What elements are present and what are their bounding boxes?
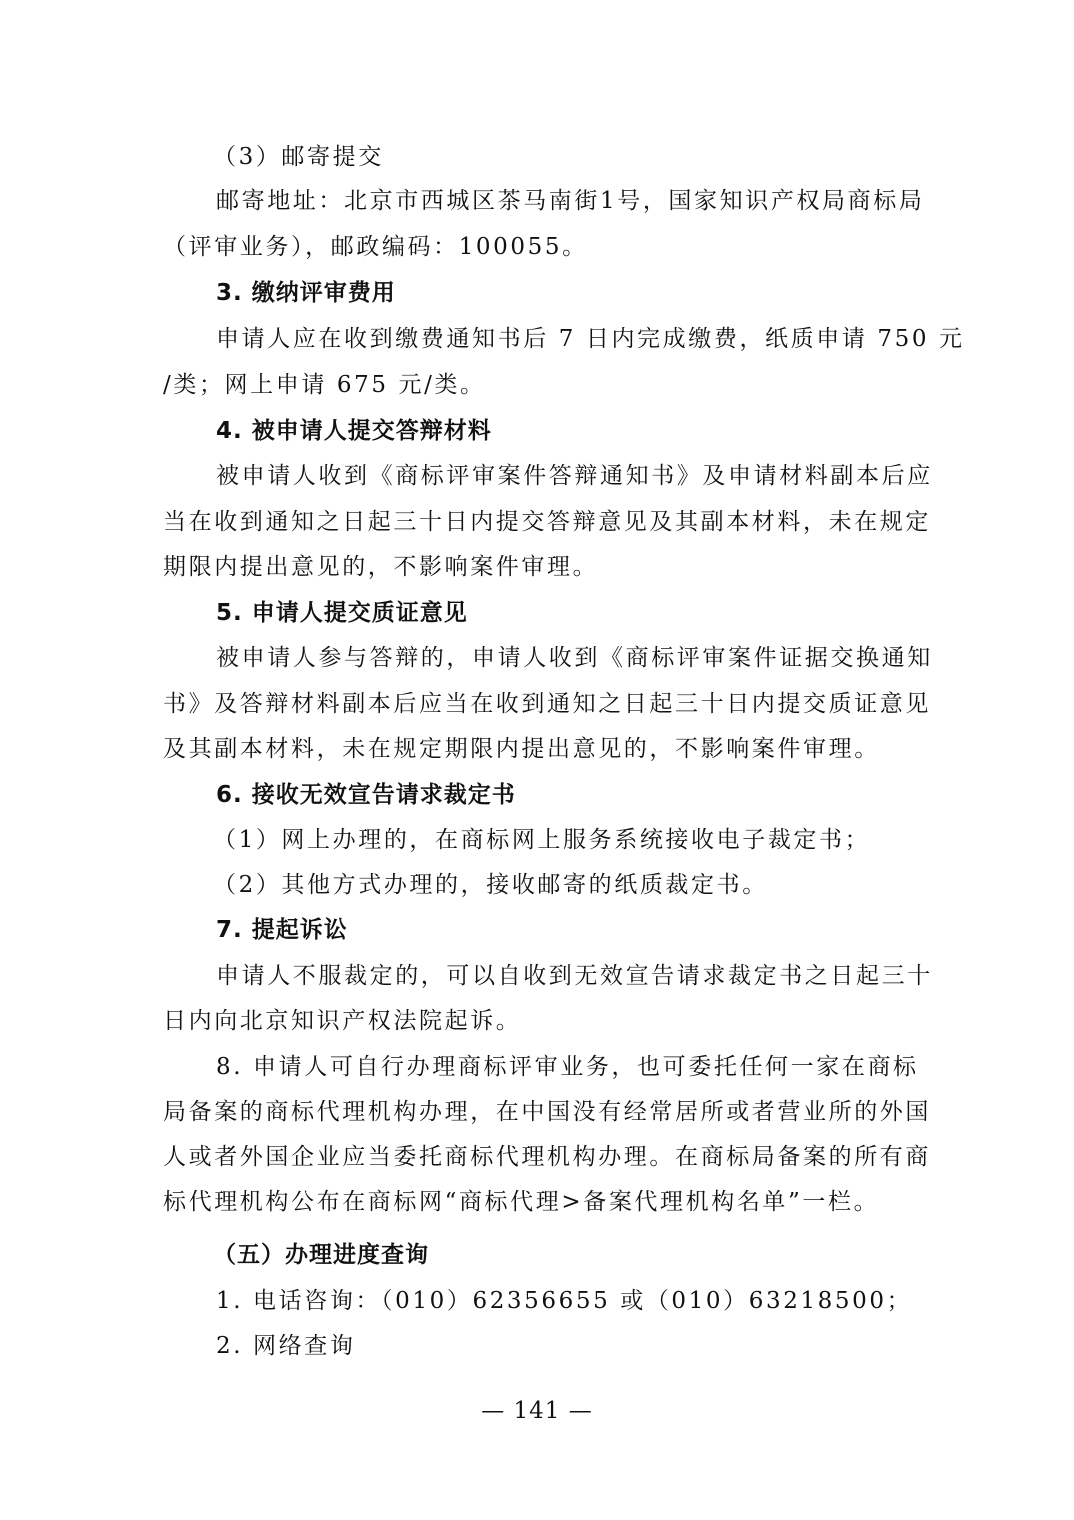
cross-exam-paragraph-line-2: 书》及答辩材料副本后应当在收到通知之日起三十日内提交质证意见 — [163, 689, 915, 719]
heading-litigation: 7. 提起诉讼 — [216, 915, 916, 945]
section-heading-progress-query: （五）办理进度查询 — [213, 1240, 965, 1270]
agency-paragraph-line-1: 8. 申请人可自行办理商标评审业务，也可委托任何一家在商标 — [216, 1052, 916, 1082]
online-query-line: 2. 网络查询 — [216, 1331, 916, 1361]
fee-paragraph-line-2: /类；网上申请 675 元/类。 — [163, 370, 915, 400]
cross-exam-paragraph-line-1: 被申请人参与答辩的，申请人收到《商标评审案件证据交换通知 — [216, 643, 916, 673]
heading-pay-fees: 3. 缴纳评审费用 — [216, 278, 916, 308]
heading-respondent-defense: 4. 被申请人提交答辩材料 — [216, 416, 916, 446]
litigation-paragraph-line-1: 申请人不服裁定的，可以自收到无效宣告请求裁定书之日起三十 — [216, 961, 916, 991]
phone-inquiry-line: 1. 电话咨询：（010）62356655 或（010）63218500； — [216, 1286, 916, 1316]
fee-paragraph-line-1: 申请人应在收到缴费通知书后 7 日内完成缴费，纸质申请 750 元 — [216, 324, 916, 354]
ruling-online-item: （1）网上办理的，在商标网上服务系统接收电子裁定书； — [213, 825, 965, 855]
agency-paragraph-line-3: 人或者外国企业应当委托商标代理机构办理。在商标局备案的所有商 — [163, 1142, 915, 1172]
defense-paragraph-line-3: 期限内提出意见的，不影响案件审理。 — [163, 552, 915, 582]
document-page: （3）邮寄提交 邮寄地址：北京市西城区茶马南街1号，国家知识产权局商标局 （评审… — [0, 0, 1074, 1520]
defense-paragraph-line-1: 被申请人收到《商标评审案件答辩通知书》及申请材料副本后应 — [216, 461, 916, 491]
postal-code-line: （评审业务），邮政编码：100055。 — [163, 232, 915, 262]
ruling-other-item: （2）其他方式办理的，接收邮寄的纸质裁定书。 — [213, 870, 965, 900]
mail-address-line: 邮寄地址：北京市西城区茶马南街1号，国家知识产权局商标局 — [216, 186, 916, 216]
cross-exam-paragraph-line-3: 及其副本材料，未在规定期限内提出意见的，不影响案件审理。 — [163, 734, 915, 764]
heading-cross-examination: 5. 申请人提交质证意见 — [216, 598, 916, 628]
mail-submission-item: （3）邮寄提交 — [213, 142, 965, 172]
litigation-paragraph-line-2: 日内向北京知识产权法院起诉。 — [163, 1006, 915, 1036]
agency-paragraph-line-2: 局备案的商标代理机构办理，在中国没有经常居所或者营业所的外国 — [163, 1097, 915, 1127]
agency-paragraph-line-4: 标代理机构公布在商标网“商标代理>备案代理机构名单”一栏。 — [163, 1187, 915, 1217]
defense-paragraph-line-2: 当在收到通知之日起三十日内提交答辩意见及其副本材料，未在规定 — [163, 507, 915, 537]
page-number: — 141 — — [0, 1396, 1074, 1426]
heading-receive-ruling: 6. 接收无效宣告请求裁定书 — [216, 780, 916, 810]
